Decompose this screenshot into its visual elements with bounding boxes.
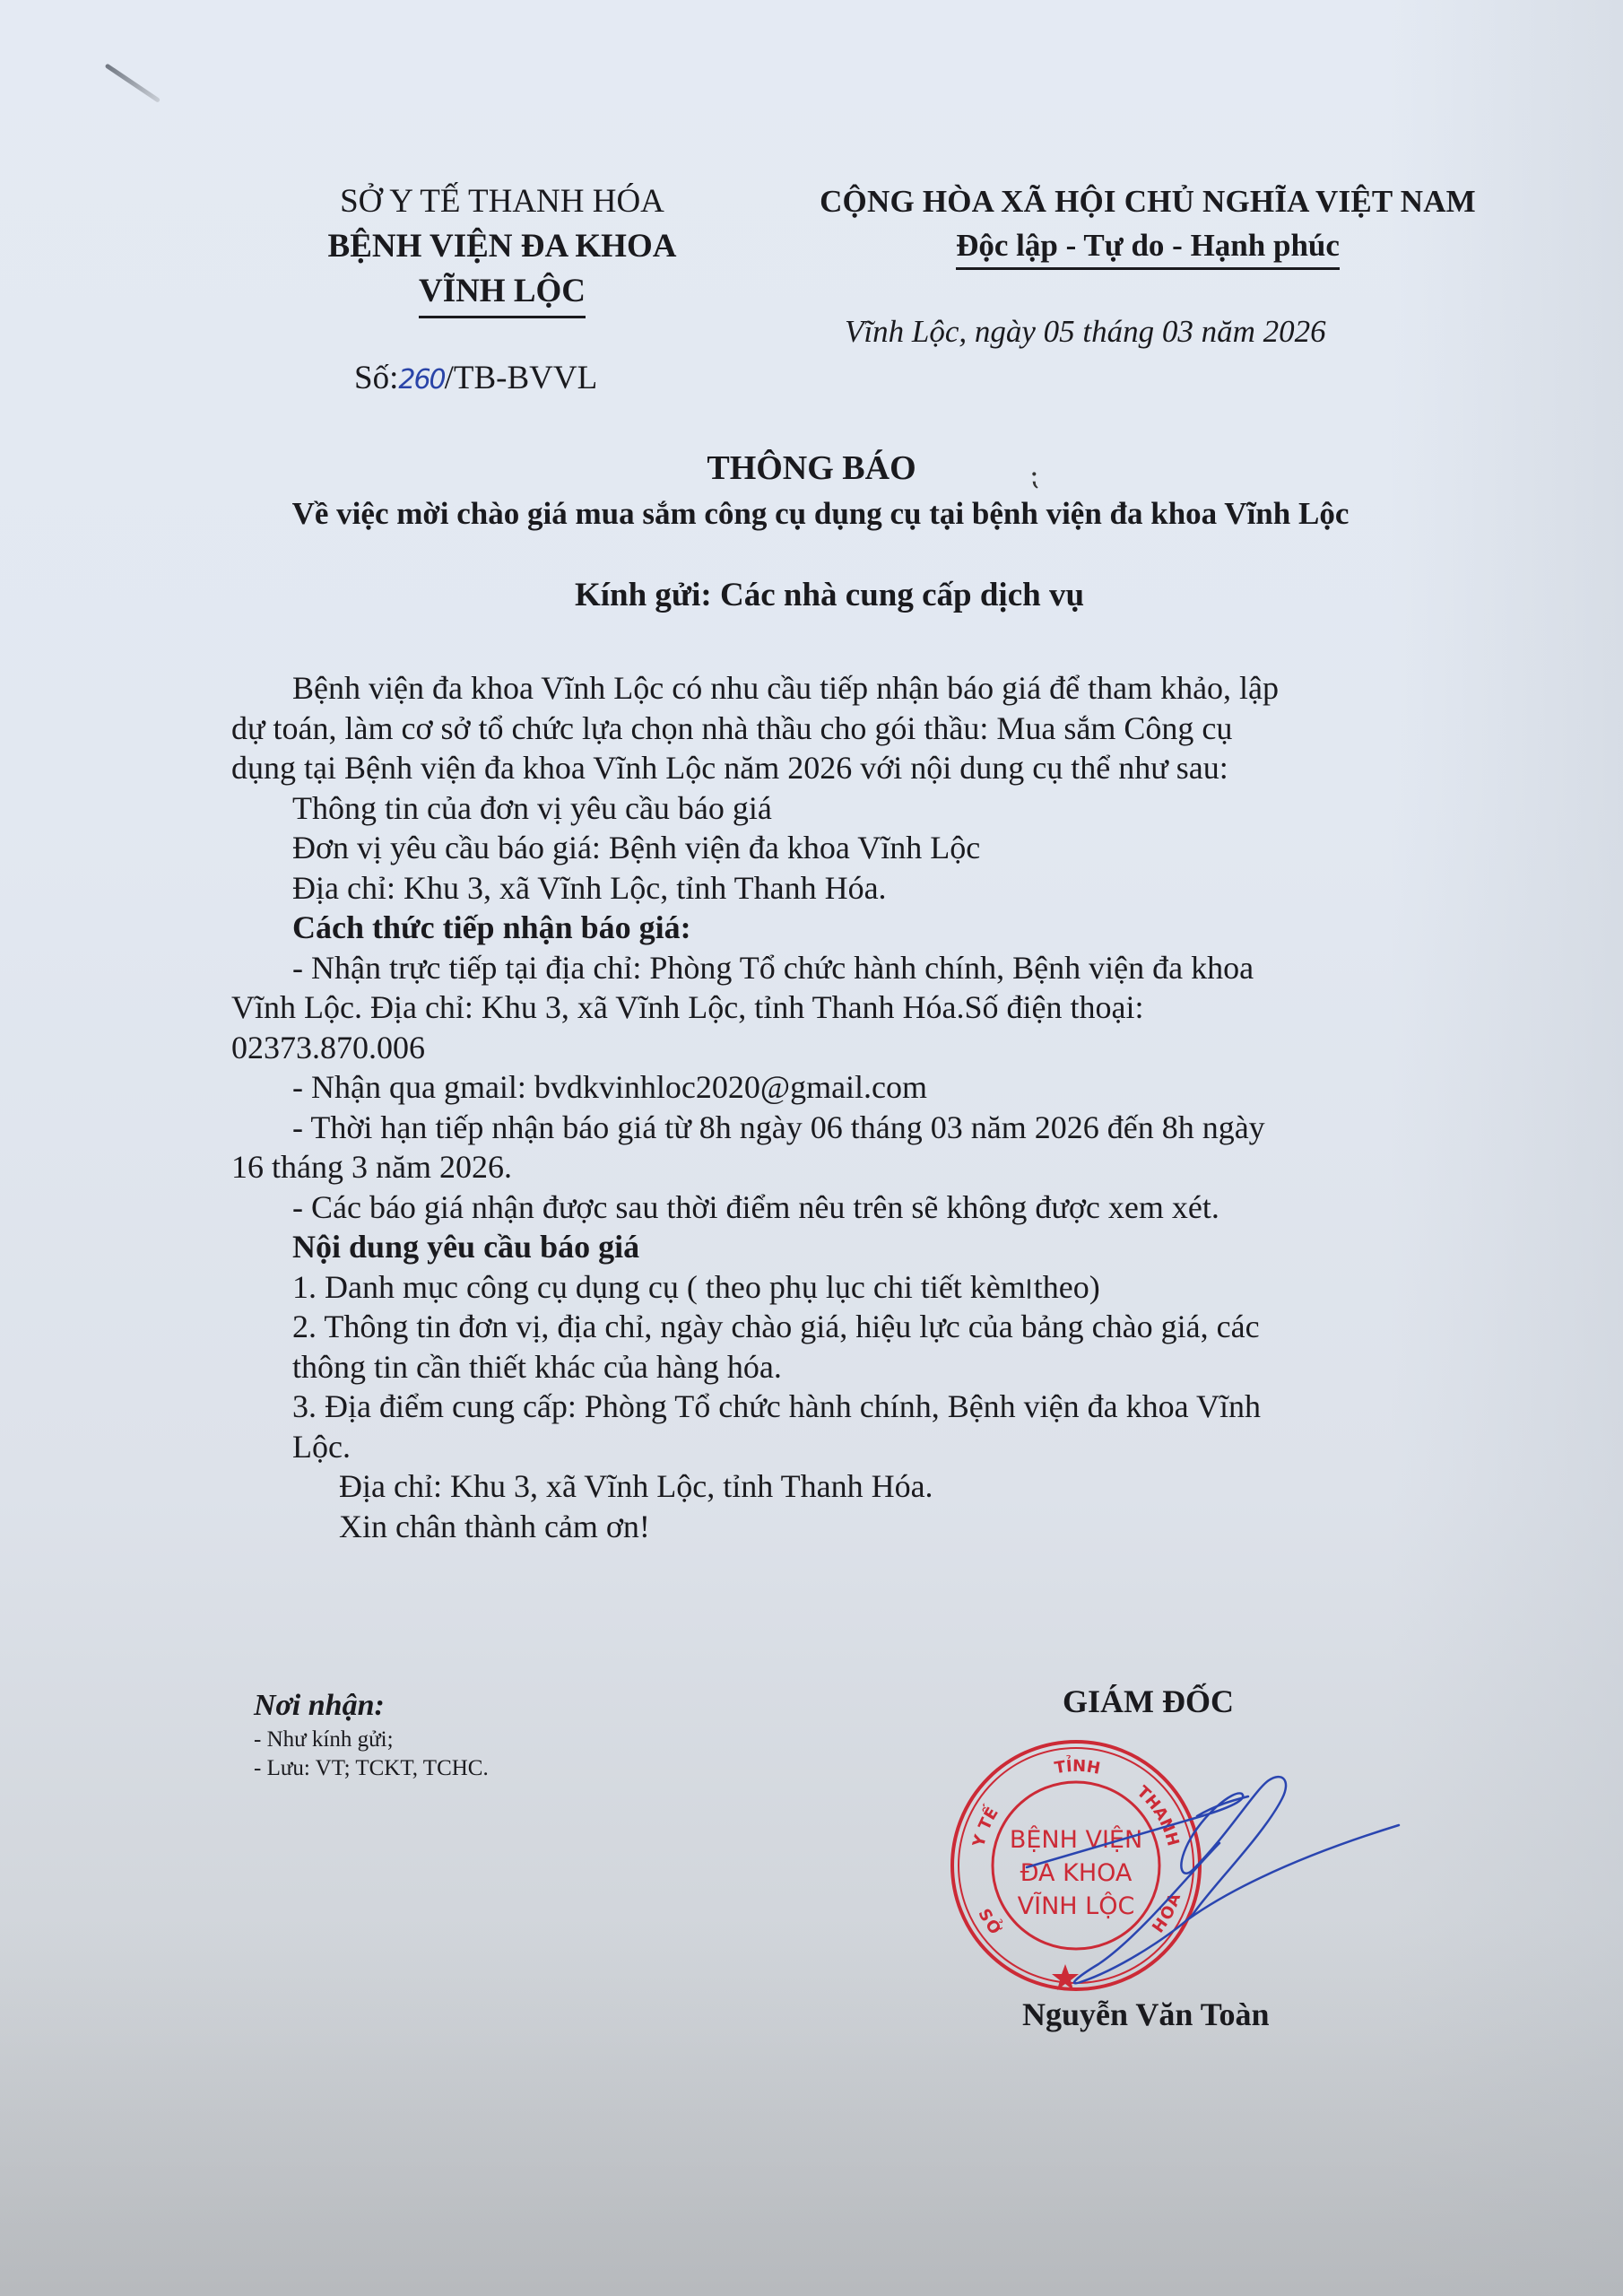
recipient-item: - Như kính gửi;	[254, 1726, 489, 1754]
late-notice: - Các báo giá nhận được sau thời điểm nê…	[231, 1187, 1469, 1228]
doc-number-prefix: Số:	[354, 360, 398, 396]
recipient-item: - Lưu: VT; TCKT, TCHC.	[254, 1754, 489, 1783]
document-number: Số:260/TB-BVVL	[354, 359, 597, 397]
receiving-method-title: Cách thức tiếp nhận báo giá:	[231, 908, 1469, 948]
seal-text-left: Y TẾ	[969, 1803, 1002, 1850]
deadline: - Thời hạn tiếp nhận báo giá từ 8h ngày …	[231, 1108, 1469, 1148]
department-name: SỞ Y TẾ THANH HÓA	[260, 179, 744, 224]
hospital-name-line2: VĨNH LỘC	[419, 269, 586, 318]
content-item: thông tin cần thiết khác của hàng hóa.	[231, 1347, 1469, 1387]
doc-number-handwritten: 260	[398, 364, 444, 396]
document-body: Bệnh viện đa khoa Vĩnh Lộc có nhu cầu ti…	[231, 668, 1469, 1546]
content-item: 3. Địa điểm cung cấp: Phòng Tổ chức hành…	[231, 1387, 1469, 1427]
receiving-direct: Vĩnh Lộc. Địa chỉ: Khu 3, xã Vĩnh Lộc, t…	[231, 987, 1469, 1028]
receiving-email: - Nhận qua gmail: bvdkvinhloc2020@gmail.…	[231, 1067, 1469, 1108]
nation-title: CỘNG HÒA XÃ HỘI CHỦ NGHĨA VIỆT NAM	[767, 179, 1529, 224]
document-subject: Về việc mời chào giá mua sắm công cụ dụn…	[0, 496, 1623, 532]
content-title: Nội dung yêu cầu báo giá	[231, 1227, 1469, 1267]
intro-line: dụng tại Bệnh viện đa khoa Vĩnh Lộc năm …	[231, 748, 1469, 788]
handwritten-signature-icon	[1013, 1762, 1426, 1987]
requester-info-title: Thông tin của đơn vị yêu cầu báo giá	[231, 788, 1469, 829]
staple-mark	[105, 63, 161, 102]
phone-number: 02373.870.006	[231, 1028, 1469, 1068]
requester-address: Địa chỉ: Khu 3, xã Vĩnh Lộc, tỉnh Thanh …	[231, 868, 1469, 909]
pen-mark	[1028, 1279, 1030, 1299]
closing: Xin chân thành cảm ơn!	[231, 1507, 1469, 1547]
recipients-label: Nơi nhận:	[254, 1686, 489, 1726]
content-item: 1. Danh mục công cụ dụng cụ ( theo phụ l…	[231, 1267, 1469, 1308]
hospital-name: BỆNH VIỆN ĐA KHOA	[260, 224, 744, 269]
document-title: THÔNG BÁO	[0, 448, 1623, 488]
national-motto: Độc lập - Tự do - Hạnh phúc	[956, 224, 1340, 270]
salutation: Kính gửi: Các nhà cung cấp dịch vụ	[0, 576, 1623, 614]
doc-number-suffix: /TB-BVVL	[445, 360, 598, 396]
signer-name: Nguyễn Văn Toàn	[1022, 1996, 1269, 2033]
issuing-agency-block: SỞ Y TẾ THANH HÓA BỆNH VIỆN ĐA KHOA VĨNH…	[260, 179, 744, 318]
delivery-address: Địa chỉ: Khu 3, xã Vĩnh Lộc, tỉnh Thanh …	[231, 1466, 1469, 1507]
national-header: CỘNG HÒA XÃ HỘI CHỦ NGHĨA VIỆT NAM Độc l…	[767, 179, 1529, 270]
receiving-direct: - Nhận trực tiếp tại địa chỉ: Phòng Tổ c…	[231, 948, 1469, 988]
content-item: 2. Thông tin đơn vị, địa chỉ, ngày chào …	[231, 1307, 1469, 1347]
deadline: 16 tháng 3 năm 2026.	[231, 1147, 1469, 1187]
requester-unit: Đơn vị yêu cầu báo giá: Bệnh viện đa kho…	[231, 828, 1469, 868]
intro-line: dự toán, làm cơ sở tổ chức lựa chọn nhà …	[231, 709, 1469, 749]
svg-text:Y TẾ: Y TẾ	[969, 1803, 1002, 1850]
pen-mark: ⁏	[1029, 457, 1039, 491]
content-item: Lộc.	[231, 1427, 1469, 1467]
signer-position: GIÁM ĐỐC	[1063, 1683, 1234, 1720]
seal-text-bottom-left: SỞ	[974, 1906, 1007, 1939]
intro-line: Bệnh viện đa khoa Vĩnh Lộc có nhu cầu ti…	[231, 668, 1469, 709]
place-date: Vĩnh Lộc, ngày 05 tháng 03 năm 2026	[845, 314, 1326, 350]
recipients-block: Nơi nhận: - Như kính gửi; - Lưu: VT; TCK…	[254, 1686, 489, 1783]
svg-text:SỞ: SỞ	[974, 1906, 1007, 1939]
